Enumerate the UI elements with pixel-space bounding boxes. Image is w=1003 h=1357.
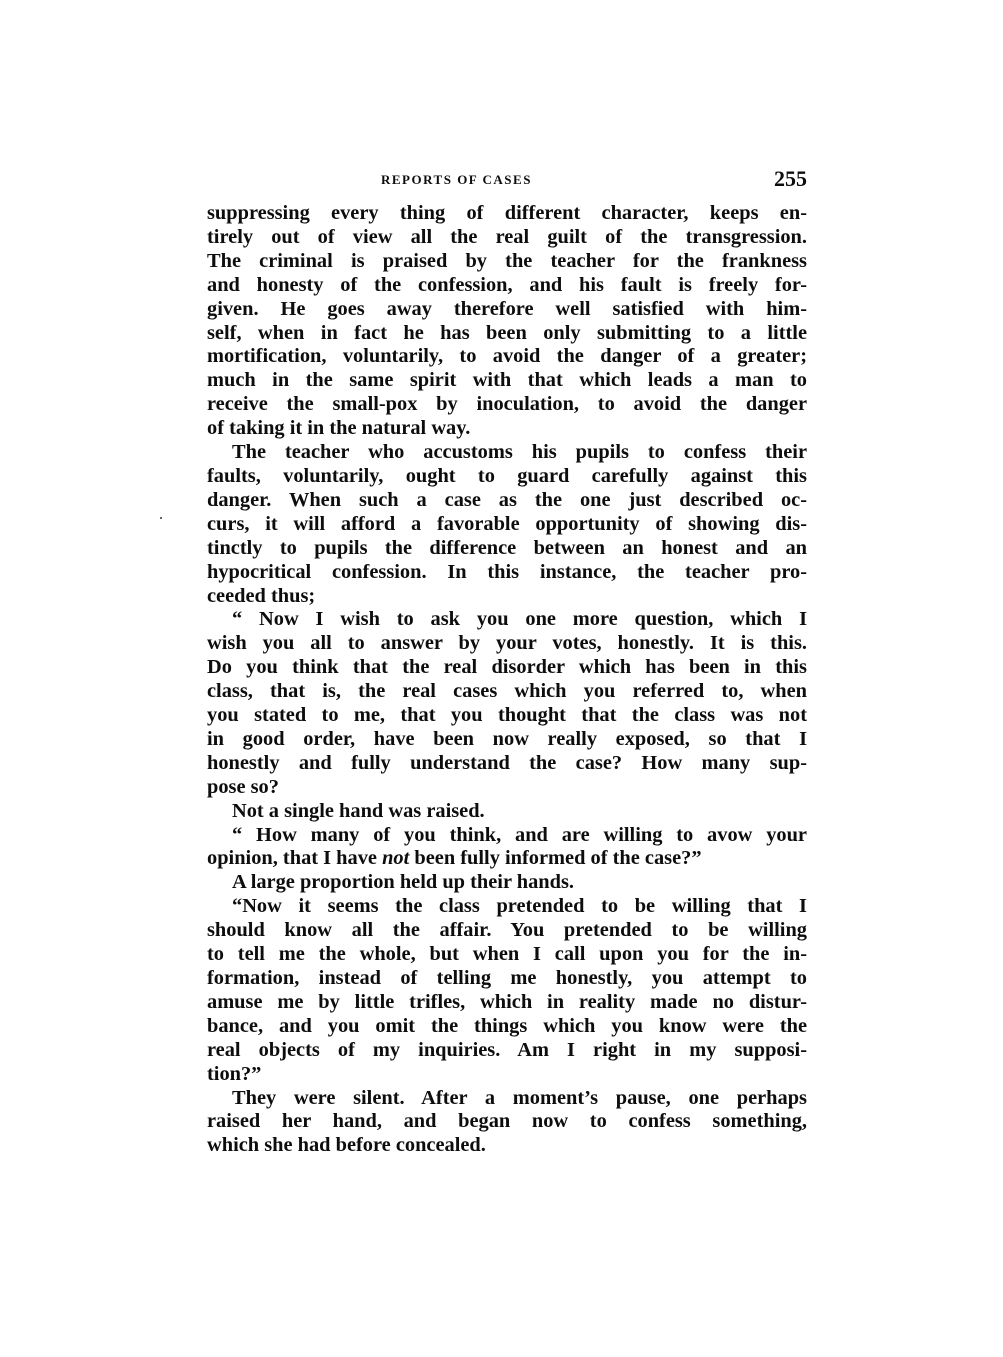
- text-line: wish you all to answer by your votes, ho…: [207, 632, 807, 656]
- text-line: you stated to me, that you thought that …: [207, 704, 807, 728]
- text-line: of taking it in the natural way.: [207, 417, 807, 441]
- text-line: much in the same spirit with that which …: [207, 369, 807, 393]
- text-line: tion?”: [207, 1063, 807, 1087]
- paragraph: “Now it seems the class pretended to be …: [207, 895, 807, 1086]
- text-line: “ How many of you think, and are willing…: [207, 824, 807, 848]
- text-line: receive the small-pox by inoculation, to…: [207, 393, 807, 417]
- text-line: self, when in fact he has been only subm…: [207, 322, 807, 346]
- emphasis-text: not: [382, 847, 409, 869]
- text-line: Do you think that the real disorder whic…: [207, 656, 807, 680]
- text-line: faults, voluntarily, ought to guard care…: [207, 465, 807, 489]
- text-line: given. He goes away therefore well satis…: [207, 298, 807, 322]
- text-line: They were silent. After a moment’s pause…: [207, 1087, 807, 1111]
- text-line: A large proportion held up their hands.: [207, 871, 807, 895]
- running-title: Reports of Cases: [381, 172, 532, 188]
- text-line: to tell me the whole, but when I call up…: [207, 943, 807, 967]
- text-line: in good order, have been now really expo…: [207, 728, 807, 752]
- paragraph: “ Now I wish to ask you one more questio…: [207, 608, 807, 799]
- text-line: raised her hand, and began now to confes…: [207, 1110, 807, 1134]
- running-head: Reports of Cases 255: [207, 168, 807, 192]
- text-line: and honesty of the confession, and his f…: [207, 274, 807, 298]
- paragraph: Not a single hand was raised.: [207, 800, 807, 824]
- text-line: curs, it will afford a favorable opportu…: [207, 513, 807, 537]
- text-line: should know all the affair. You pretende…: [207, 919, 807, 943]
- paragraph: suppressing every thing of different cha…: [207, 202, 807, 441]
- text-segment: opinion, that I have: [207, 847, 382, 869]
- text-line: honestly and fully understand the case? …: [207, 752, 807, 776]
- text-line: mortification, voluntarily, to avoid the…: [207, 345, 807, 369]
- text-line: suppressing every thing of different cha…: [207, 202, 807, 226]
- paragraph: They were silent. After a moment’s pause…: [207, 1087, 807, 1159]
- text-line: ceeded thus;: [207, 585, 807, 609]
- text-segment: been fully informed of the case?”: [409, 847, 701, 869]
- book-page: Reports of Cases 255 suppressing every t…: [207, 168, 807, 1158]
- page-number: 255: [774, 166, 807, 192]
- text-line: The teacher who accustoms his pupils to …: [207, 441, 807, 465]
- text-line: hypocritical confession. In this instanc…: [207, 561, 807, 585]
- text-line: which she had before concealed.: [207, 1134, 807, 1158]
- text-line: Not a single hand was raised.: [207, 800, 807, 824]
- text-line: amuse me by little trifles, which in rea…: [207, 991, 807, 1015]
- text-line: tirely out of view all the real guilt of…: [207, 226, 807, 250]
- text-line: formation, instead of telling me honestl…: [207, 967, 807, 991]
- paragraph: “ How many of you think, and are willing…: [207, 824, 807, 872]
- text-line: danger. When such a case as the one just…: [207, 489, 807, 513]
- text-line: tinctly to pupils the difference between…: [207, 537, 807, 561]
- margin-speck: [160, 517, 162, 519]
- text-line: real objects of my inquiries. Am I right…: [207, 1039, 807, 1063]
- text-line: The criminal is praised by the teacher f…: [207, 250, 807, 274]
- paragraph: A large proportion held up their hands.: [207, 871, 807, 895]
- text-line: class, that is, the real cases which you…: [207, 680, 807, 704]
- text-line: “ Now I wish to ask you one more questio…: [207, 608, 807, 632]
- text-line: bance, and you omit the things which you…: [207, 1015, 807, 1039]
- paragraph: The teacher who accustoms his pupils to …: [207, 441, 807, 608]
- text-line: “Now it seems the class pretended to be …: [207, 895, 807, 919]
- text-line: opinion, that I have not been fully info…: [207, 847, 807, 871]
- body-text: suppressing every thing of different cha…: [207, 202, 807, 1158]
- text-line: pose so?: [207, 776, 807, 800]
